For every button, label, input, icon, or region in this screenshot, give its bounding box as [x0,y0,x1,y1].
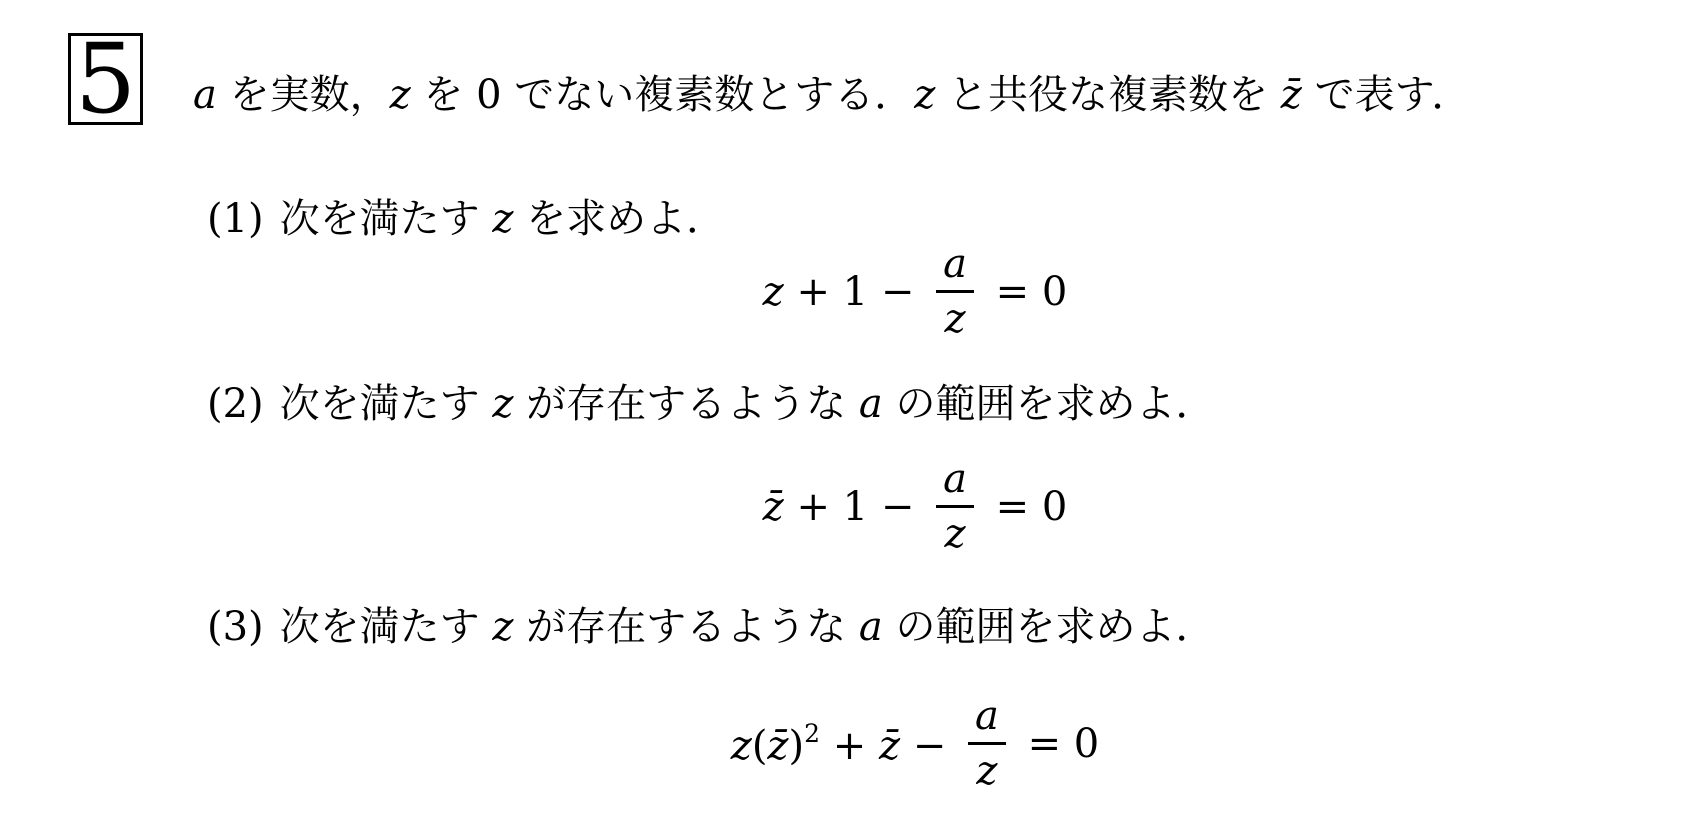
fraction-numerator: a [968,697,1006,745]
math-var-z: z [731,723,752,769]
subproblem-2-text-1: 次を満たす [280,381,493,427]
math-var-z: z [763,269,784,315]
equation-1: z + 1 − a z = 0 [190,245,1640,338]
open-paren: ( [752,723,768,769]
equation-3: z(z̄)2 + z̄ − a z = 0 [190,697,1640,790]
problem-content: 5 a を実数，z を 0 でない複素数とする．z と共役な複素数を z̄ で表… [0,0,1686,790]
math-var-a: a [193,72,217,118]
fraction-numerator: a [936,245,974,293]
subproblem-2-label: (2) [207,381,264,427]
subproblem-3-text-3: の範囲を求めよ． [883,604,1216,650]
math-var-zbar: z̄ [879,723,900,769]
math-var-z: z [492,604,513,650]
equation-3-lhs: z(z̄)2 + z̄ − [731,722,959,765]
problem-number: 5 [75,36,136,122]
math-var-zbar: z̄ [1281,72,1302,118]
equation-1-lhs: z + 1 − [763,273,927,311]
equation-2-lhs: z̄ + 1 − [763,488,927,526]
document-page: 5 a を実数，z を 0 でない複素数とする．z と共役な複素数を z̄ で表… [0,0,1686,813]
exponent-2: 2 [804,719,820,748]
equation-3-wrapper: z(z̄)2 + z̄ − a z = 0 [190,697,1640,790]
equation-2-rhs: = 0 [983,488,1067,526]
subproblem-3-label: (3) [207,604,264,650]
subproblem-1-text-1: 次を満たす [280,196,493,242]
subproblem-2: (2)次を満たす z が存在するような a の範囲を求めよ． [207,380,1686,428]
equation-1-operators: + 1 − [784,269,927,315]
equation-2-operators: + 1 − [784,484,927,530]
subproblem-2-text-2: が存在するような [513,381,858,427]
intro-text-2: を [411,72,476,118]
subproblem-1: (1)次を満たす z を求めよ． [207,195,1686,243]
intro-text-1: を実数， [217,72,390,118]
equation-3-rhs: = 0 [1015,725,1099,763]
minus-operator: − [900,723,959,769]
math-var-zbar: z̄ [767,723,788,769]
subproblem-1-text-2: を求めよ． [513,196,726,242]
problem-number-box: 5 [68,33,143,125]
subproblem-3-text-2: が存在するような [513,604,858,650]
subproblem-1-label: (1) [207,196,264,242]
math-var-a: a [859,604,883,650]
math-var-z: z [390,72,411,118]
intro-text-5: で表す． [1302,72,1472,118]
subproblem-3-text-1: 次を満たす [280,604,493,650]
fraction-a-over-z: a z [936,460,974,553]
subproblem-3: (3)次を満たす z が存在するような a の範囲を求めよ． [207,603,1686,651]
fraction-denominator: z [937,293,972,338]
problem-intro: a を実数，z を 0 でない複素数とする．z と共役な複素数を z̄ で表す． [193,71,1471,119]
fraction-numerator: a [936,460,974,508]
equation-2: z̄ + 1 − a z = 0 [190,460,1640,553]
fraction-a-over-z: a z [936,245,974,338]
math-var-z: z [492,196,513,242]
math-var-z: z [492,381,513,427]
close-paren: ) [789,723,805,769]
equation-1-wrapper: z + 1 − a z = 0 [190,245,1640,338]
plus-operator: + [820,723,879,769]
fraction-a-over-z: a z [968,697,1006,790]
equation-2-wrapper: z̄ + 1 − a z = 0 [190,460,1640,553]
intro-text-4: と共役な複素数を [935,72,1280,118]
math-var-a: a [859,381,883,427]
fraction-denominator: z [937,508,972,553]
math-num-zero: 0 [476,72,501,118]
math-var-zbar: z̄ [763,484,784,530]
math-var-z: z [914,72,935,118]
equation-1-rhs: = 0 [983,273,1067,311]
subproblem-2-text-3: の範囲を求めよ． [883,381,1216,427]
problem-header: 5 a を実数，z を 0 でない複素数とする．z と共役な複素数を z̄ で表… [68,33,1686,125]
intro-text-3: でない複素数とする． [502,72,915,118]
fraction-denominator: z [969,745,1004,790]
